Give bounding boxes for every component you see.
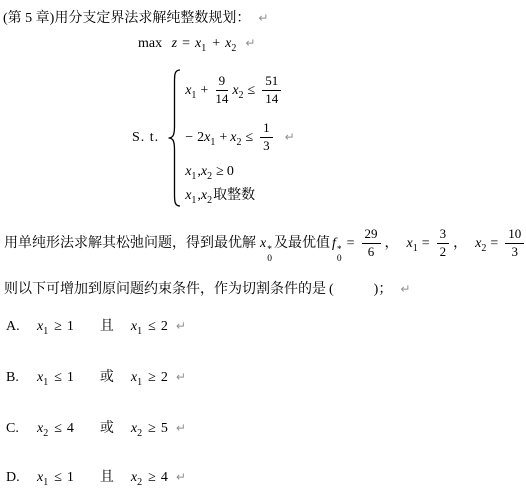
option-row-a: A.x1≥1且x1≤2↵ (6, 315, 186, 337)
fraction-1-3: 13 (260, 121, 273, 154)
option-row-c: C.x2≤4或x2≥5↵ (6, 417, 186, 439)
conjunction-or: 或 (100, 421, 114, 436)
geq-sign: ≥ (54, 319, 62, 334)
return-mark-icon: ↵ (176, 421, 186, 435)
title-text: (第 5 章)用分支定界法求解纯整数规划： (3, 11, 250, 26)
fraction-denominator: 6 (368, 244, 375, 260)
return-mark-icon: ↵ (245, 36, 255, 50)
constraints-list: x1+914x2≤5114 −2x1+x2≤13↵ x1,x2≥0 x1,x2取… (185, 68, 295, 208)
fraction-denominator: 3 (512, 244, 519, 260)
bound-value: 1 (67, 319, 74, 334)
var-x2: x (232, 83, 238, 98)
subscript: 1 (43, 377, 48, 388)
var-x1: x (407, 236, 413, 251)
plus-sign: + (200, 83, 208, 98)
equals-sign: = (422, 236, 430, 251)
subscript: 2 (137, 477, 142, 488)
bound-value: 1 (67, 470, 74, 485)
fraction-denominator: 2 (440, 244, 447, 260)
subject-to-label: S. t. (132, 130, 159, 146)
return-mark-icon: ↵ (176, 470, 186, 484)
bound-value: 5 (161, 421, 168, 436)
subscript: 1 (137, 326, 142, 337)
fraction-29-6: 296 (362, 227, 381, 260)
plus-sign: + (212, 36, 220, 51)
comma: ， (385, 236, 399, 251)
equals-sign: = (182, 36, 190, 51)
geq-sign: ≥ (148, 421, 156, 436)
subscript-1: 1 (201, 43, 206, 54)
subscript-2: 2 (207, 171, 212, 182)
integer-requirement-text: 取整数 (213, 188, 255, 203)
fraction-10-3: 103 (505, 227, 524, 260)
subscript-2: 2 (207, 195, 212, 206)
option-row-d: D.x1≤1且x2≥4↵ (6, 466, 186, 488)
minus-sign: − (185, 130, 193, 145)
geq-sign: ≥ (148, 370, 156, 385)
leq-sign: ≤ (148, 319, 156, 334)
subscript: 1 (43, 326, 48, 337)
objective-line: max z=x1+x2↵ (138, 36, 255, 54)
constraint-2: −2x1+x2≤13↵ (185, 114, 295, 160)
option-letter: A. (6, 319, 37, 335)
fraction-denominator: 14 (265, 91, 278, 107)
subscript: 1 (43, 477, 48, 488)
conjunction-and: 且 (100, 319, 114, 334)
fraction-numerator: 29 (362, 227, 381, 244)
leq-sign: ≤ (54, 421, 62, 436)
leq-sign: ≤ (54, 470, 62, 485)
equals-sign: = (490, 236, 498, 251)
return-mark-icon: ↵ (176, 319, 186, 333)
subscript-1: 1 (191, 171, 196, 182)
equals-sign: = (347, 236, 355, 251)
fraction-denominator: 3 (263, 138, 270, 154)
subscript-1: 1 (210, 137, 215, 148)
bound-value: 2 (161, 370, 168, 385)
subscript-2: 2 (236, 137, 241, 148)
fraction-numerator: 3 (437, 227, 450, 244)
constraint-3: x1,x2≥0 (185, 160, 295, 184)
solution-text-2: 及最优值 (274, 236, 330, 251)
sup-sub-stack: *0 (337, 246, 342, 264)
plus-sign: + (219, 130, 227, 145)
fraction-numerator: 9 (216, 74, 229, 91)
fraction-9-14: 914 (215, 74, 228, 107)
close-paren: )； (374, 282, 393, 297)
subscript-0: 0 (337, 255, 342, 264)
fraction-numerator: 1 (260, 121, 273, 138)
zero-value: 0 (227, 164, 234, 179)
return-mark-icon: ↵ (258, 11, 268, 25)
fraction-3-2: 32 (437, 227, 450, 260)
leq-sign: ≤ (245, 130, 253, 145)
return-mark-icon: ↵ (176, 370, 186, 384)
constraint-4: x1,x2取整数 (185, 184, 295, 208)
bound-value: 4 (161, 470, 168, 485)
constraints-block: S. t. x1+914x2≤5114 −2x1+x2≤13↵ x1,x2≥0 … (132, 68, 295, 208)
leq-sign: ≤ (54, 370, 62, 385)
geq-sign: ≥ (148, 470, 156, 485)
solution-text-1: 用单纯形法求解其松弛问题，得到最优解 (4, 236, 256, 251)
return-mark-icon: ↵ (400, 282, 410, 296)
option-letter: D. (6, 470, 37, 486)
var-f0-star: f*0 (332, 236, 344, 251)
subscript: 2 (137, 428, 142, 439)
geq-sign: ≥ (216, 164, 224, 179)
question-text: 则以下可增加到原问题约束条件，作为切割条件的是 (4, 282, 326, 297)
title-line: (第 5 章)用分支定界法求解纯整数规划：↵ (3, 7, 268, 27)
subscript: 2 (43, 428, 48, 439)
option-row-b: B.x1≤1或x1≥2↵ (6, 366, 186, 388)
fraction-numerator: 10 (505, 227, 524, 244)
fraction-denominator: 14 (215, 91, 228, 107)
question-line: 则以下可增加到原问题约束条件，作为切割条件的是()；↵ (4, 278, 410, 298)
sup-sub-stack: *0 (267, 246, 272, 264)
subscript-2: 2 (231, 43, 236, 54)
subscript-1: 1 (191, 195, 196, 206)
var-x0-star: x*0 (260, 236, 274, 251)
subscript-0: 0 (267, 255, 272, 264)
leq-sign: ≤ (248, 83, 256, 98)
subscript: 1 (137, 377, 142, 388)
open-paren: ( (329, 282, 334, 297)
subscript-2: 2 (481, 243, 486, 254)
bound-value: 4 (67, 421, 74, 436)
fraction-numerator: 51 (262, 74, 281, 91)
conjunction-or: 或 (100, 370, 114, 385)
subscript-1: 1 (191, 90, 196, 101)
var-z: z (172, 36, 177, 51)
subscript-1: 1 (413, 243, 418, 254)
conjunction-and: 且 (100, 470, 114, 485)
bound-value: 2 (161, 319, 168, 334)
option-letter: C. (6, 421, 37, 437)
left-brace-icon (168, 69, 181, 207)
return-mark-icon: ↵ (285, 130, 295, 144)
solution-line: 用单纯形法求解其松弛问题，得到最优解x*0及最优值f*0=296，x1=32，x… (4, 221, 526, 267)
constraint-1: x1+914x2≤5114 (185, 68, 295, 114)
option-letter: B. (6, 370, 37, 386)
subscript-2: 2 (239, 90, 244, 101)
max-operator: max (138, 36, 162, 51)
fraction-51-14: 5114 (262, 74, 281, 107)
bound-value: 1 (67, 370, 74, 385)
comma: ， (453, 236, 467, 251)
